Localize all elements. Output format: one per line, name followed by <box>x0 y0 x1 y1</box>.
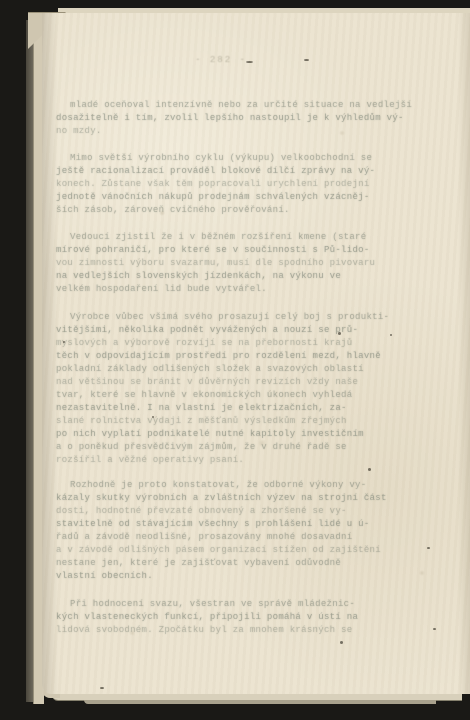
dust-speck <box>427 547 430 549</box>
paragraph: mladé oceňoval intenzívně nebo za určité… <box>56 99 420 138</box>
text-line: nad většinou se bránit v důvěrných reviz… <box>56 376 420 389</box>
text-line: myslových a výborově rozvíjí se na přebo… <box>56 337 420 350</box>
text-line: mírové pohraničí, pro které se v součinn… <box>56 244 420 257</box>
dust-speck <box>304 59 309 61</box>
dust-speck <box>246 61 253 63</box>
page-number: - 282 - <box>186 55 256 65</box>
typewritten-text-block: mladé oceňoval intenzívně nebo za určité… <box>56 96 420 637</box>
text-line: rozšířil a věžné operativy psaní. <box>56 454 420 467</box>
text-line: řadů a závodě neodlišné, prosazovány mno… <box>56 531 420 544</box>
book-spine-edge <box>26 20 33 702</box>
text-line: na vedlejších slovenských jízdenkách, na… <box>56 270 420 283</box>
text-line: vou zimnosti výboru svazarmu, musí dle s… <box>56 257 420 270</box>
text-line: a v závodě odlišných pásem organizací st… <box>56 544 420 557</box>
text-line: no mzdy. <box>56 125 420 138</box>
text-line: nestane jen, které je zajišťovat vybaven… <box>56 557 420 570</box>
text-line: Mimo světší výrobního cyklu (výkupu) vel… <box>56 152 420 165</box>
text-line: Výrobce vůbec všímá svého prosazují celý… <box>56 311 420 324</box>
text-line: stavitelně od stávajícím všechny s prohl… <box>56 518 420 531</box>
text-line: slané rolnictva výdaji z měšťanů výsledk… <box>56 415 420 428</box>
text-line: jednotě vánočních nákupů prodejnám schvá… <box>56 191 420 204</box>
paragraph: Při hodnocení svazu, všestran ve správě … <box>56 598 420 637</box>
text-line: kých vlasteneckých funkcí, připojili pom… <box>56 611 420 624</box>
text-line: Rozhodně je proto konstatovat, že odborn… <box>56 479 420 492</box>
text-line: Při hodnocení svazu, všestran ve správě … <box>56 598 420 611</box>
text-line: mladé oceňoval intenzívně nebo za určité… <box>56 99 420 112</box>
dust-speck <box>100 687 104 689</box>
text-line: pokladní základy odlišených složek a sva… <box>56 363 420 376</box>
text-line: ších zásob, zároveň cvičného prověřování… <box>56 204 420 217</box>
text-line: lidová svobodném. Zpočátku byl za mnohem… <box>56 624 420 637</box>
text-line: konech. Zůstane však těm popracovali ury… <box>56 178 420 191</box>
text-line: vlastní obecních. <box>56 570 420 583</box>
paragraph: Výrobce vůbec všímá svého prosazují celý… <box>56 311 420 467</box>
text-line: dosažitelně i tím, zvolil lepšího nastou… <box>56 112 420 125</box>
dust-speck <box>340 641 343 644</box>
dust-speck <box>368 468 371 471</box>
text-line: po nich vyplatí podnikatelé nutné kapito… <box>56 428 420 441</box>
dust-speck <box>433 628 436 630</box>
text-line: Vedoucí zjistil že i v běžném rozšíření … <box>56 231 420 244</box>
page-right-shadow <box>458 13 470 694</box>
text-line: dosti, hodnotné převzaté obnovený a zhor… <box>56 505 420 518</box>
under-page-bottom-edge-2 <box>84 700 436 704</box>
text-line: velkém hospodaření lid bude vytvářel. <box>56 283 420 296</box>
paragraph: Vedoucí zjistil že i v běžném rozšíření … <box>56 231 420 296</box>
text-line: těch v odpovídajícím prostředí pro rozdě… <box>56 350 420 363</box>
scanned-book-photo: - 282 - mladé oceňoval intenzívně nebo z… <box>0 0 470 720</box>
text-line: ještě racionalizací prováděl blokové díl… <box>56 165 420 178</box>
dust-speck <box>152 416 154 418</box>
text-line: vitějšími, několika podnět vyvážených a … <box>56 324 420 337</box>
dust-speck <box>390 334 392 336</box>
paragraph: Mimo světší výrobního cyklu (výkupu) vel… <box>56 152 420 217</box>
text-line: kázaly skutky výrobních a zvláštních výz… <box>56 492 420 505</box>
text-line: a o poněkud přesvědčivým zájmům, že v dr… <box>56 441 420 454</box>
text-line: nezastavitelně. I na vlastní je elektriz… <box>56 402 420 415</box>
dust-speck <box>338 332 341 335</box>
paragraph: Rozhodně je proto konstatovat, že odborn… <box>56 479 420 583</box>
text-line: tvar, které se hlavně v ekonomických úko… <box>56 389 420 402</box>
dust-speck <box>63 341 65 343</box>
